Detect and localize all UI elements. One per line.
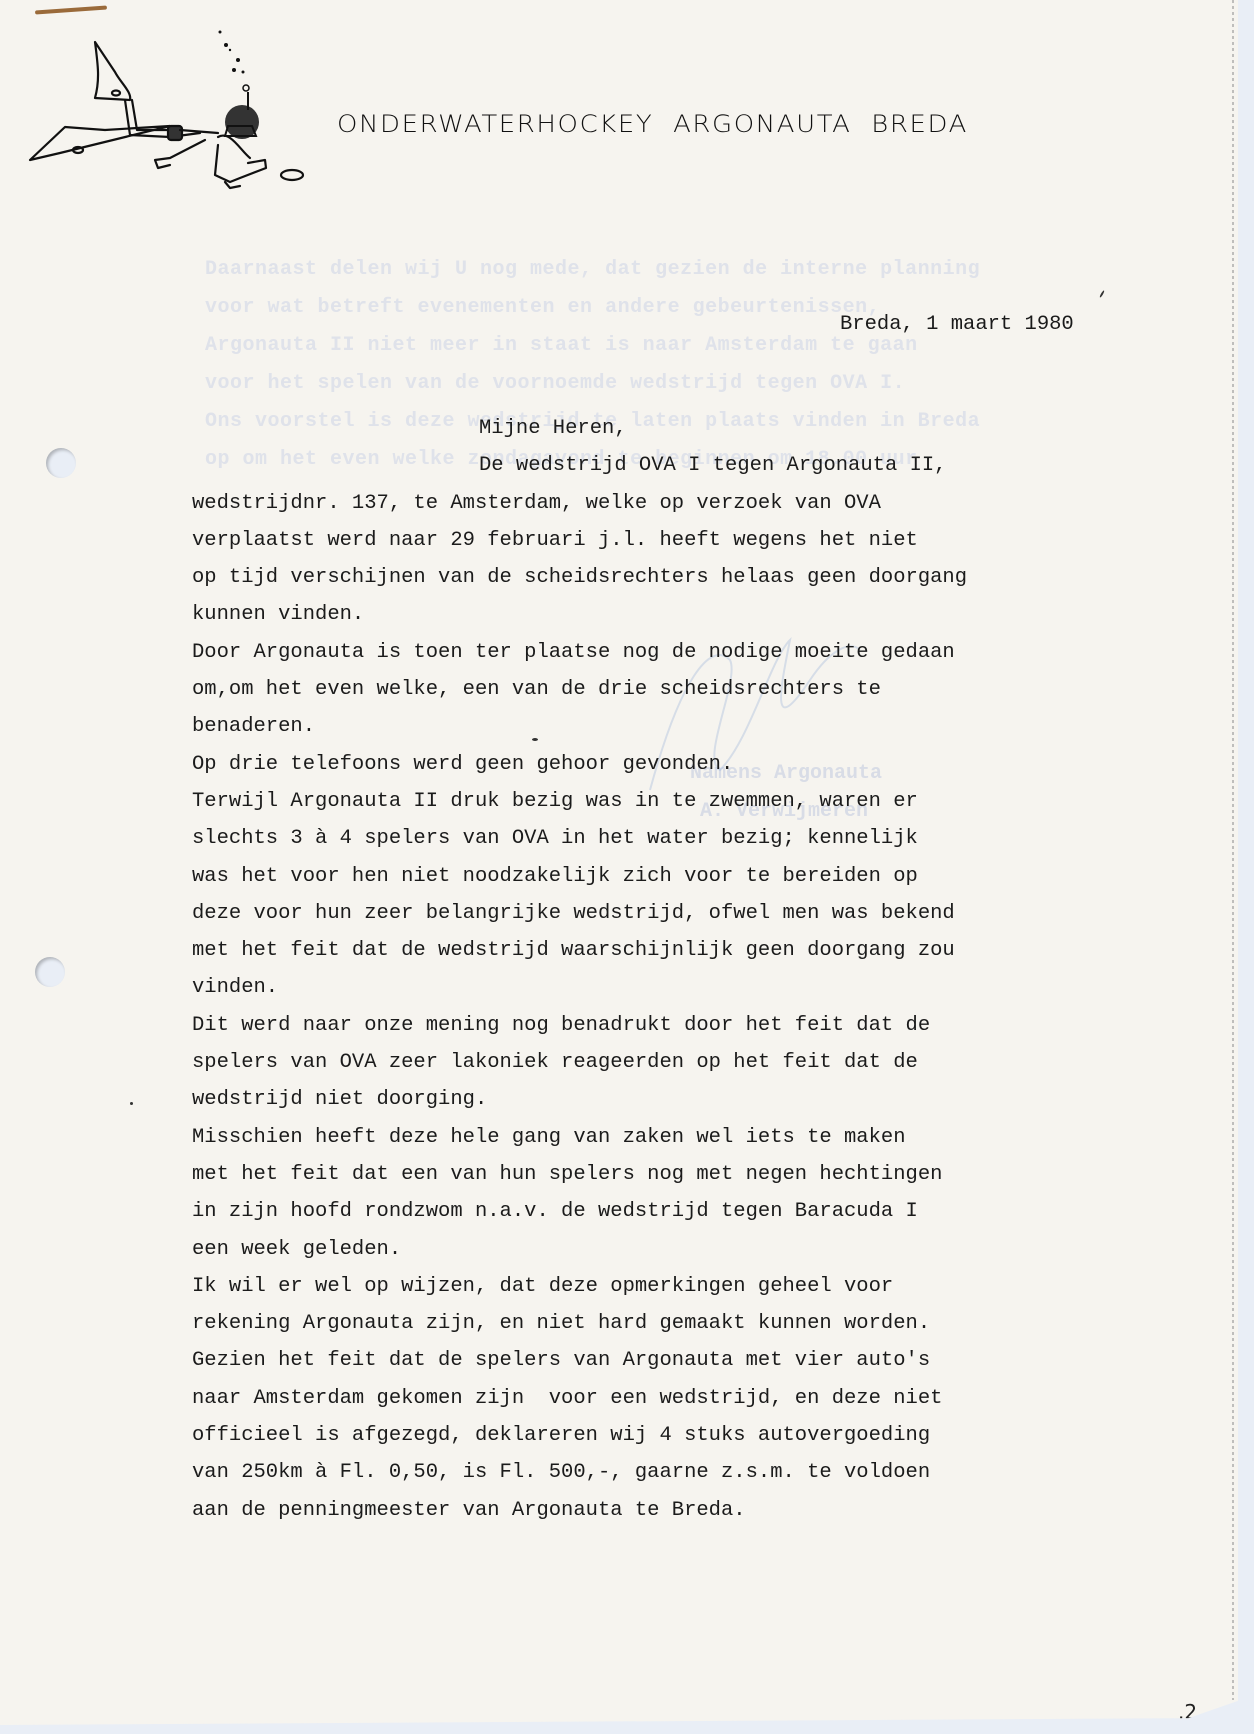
body-line: Terwijl Argonauta II druk bezig was in t… [192,783,1132,820]
body-line: met het feit dat een van hun spelers nog… [192,1156,1132,1193]
letter-body: Mijne Heren, De wedstrijd OVA I tegen Ar… [192,410,1132,1529]
body-line: was het voor hen niet noodzakelijk zich … [192,858,1132,895]
body-line: officieel is afgezegd, deklareren wij 4 … [192,1417,1132,1454]
punch-hole [35,957,65,987]
body-line: deze voor hun zeer belangrijke wedstrijd… [192,895,1132,932]
body-line: aan de penningmeester van Argonauta te B… [192,1492,1132,1529]
body-line: benaderen. [192,708,1132,745]
ink-speck [532,738,538,741]
punch-hole [46,448,76,478]
body-line: een week geleden. [192,1231,1132,1268]
page-number: .2 [1178,1700,1197,1724]
date-line: Breda, 1 maart 1980 [840,313,1074,336]
body-line: van 250km à Fl. 0,50, is Fl. 500,-, gaar… [192,1454,1132,1491]
body-line: wedstrijdnr. 137, te Amsterdam, welke op… [192,485,1132,522]
body-line: Gezien het feit dat de spelers van Argon… [192,1342,1132,1379]
bleed-through-line: voor wat betreft evenementen en andere g… [205,296,880,319]
body-line: naar Amsterdam gekomen zijn voor een wed… [192,1380,1132,1417]
body-line: rekening Argonauta zijn, en niet hard ge… [192,1305,1132,1342]
ink-speck [1099,290,1105,298]
bleed-through-line: Argonauta II niet meer in staat is naar … [205,334,918,357]
body-line: Op drie telefoons werd geen gehoor gevon… [192,746,1132,783]
body-line: op tijd verschijnen van de scheidsrechte… [192,559,1132,596]
body-line: verplaatst werd naar 29 februari j.l. he… [192,522,1132,559]
body-line: spelers van OVA zeer lakoniek reageerden… [192,1044,1132,1081]
club-letterhead: ONDERWATERHOCKEY ARGONAUTA BREDA [337,110,968,138]
body-line: Ik wil er wel op wijzen, dat deze opmerk… [192,1268,1132,1305]
letter-page: Daarnaast delen wij U nog mede, dat gezi… [0,0,1238,1725]
underwater-hockey-diver-logo [20,10,320,190]
bleed-through-line: voor het spelen van de voornoemde wedstr… [205,372,905,395]
salutation: Mijne Heren, [192,410,1132,447]
body-line: met het feit dat de wedstrijd waarschijn… [192,932,1132,969]
body-line: in zijn hoofd rondzwom n.a.v. de wedstri… [192,1193,1132,1230]
body-line: slechts 3 à 4 spelers van OVA in het wat… [192,820,1132,857]
body-line: kunnen vinden. [192,596,1132,633]
body-line: Dit werd naar onze mening nog benadrukt … [192,1007,1132,1044]
body-line: om,om het even welke, een van de drie sc… [192,671,1132,708]
body-line: De wedstrijd OVA I tegen Argonauta II, [192,447,1132,484]
bleed-through-line: Daarnaast delen wij U nog mede, dat gezi… [205,258,980,281]
body-line: vinden. [192,969,1132,1006]
body-line: wedstrijd niet doorging. [192,1081,1132,1118]
ink-speck [130,1102,133,1105]
body-line: Misschien heeft deze hele gang van zaken… [192,1119,1132,1156]
paper-edge [1232,0,1234,1700]
body-line: Door Argonauta is toen ter plaatse nog d… [192,634,1132,671]
body-paragraphs: De wedstrijd OVA I tegen Argonauta II,we… [192,447,1132,1529]
